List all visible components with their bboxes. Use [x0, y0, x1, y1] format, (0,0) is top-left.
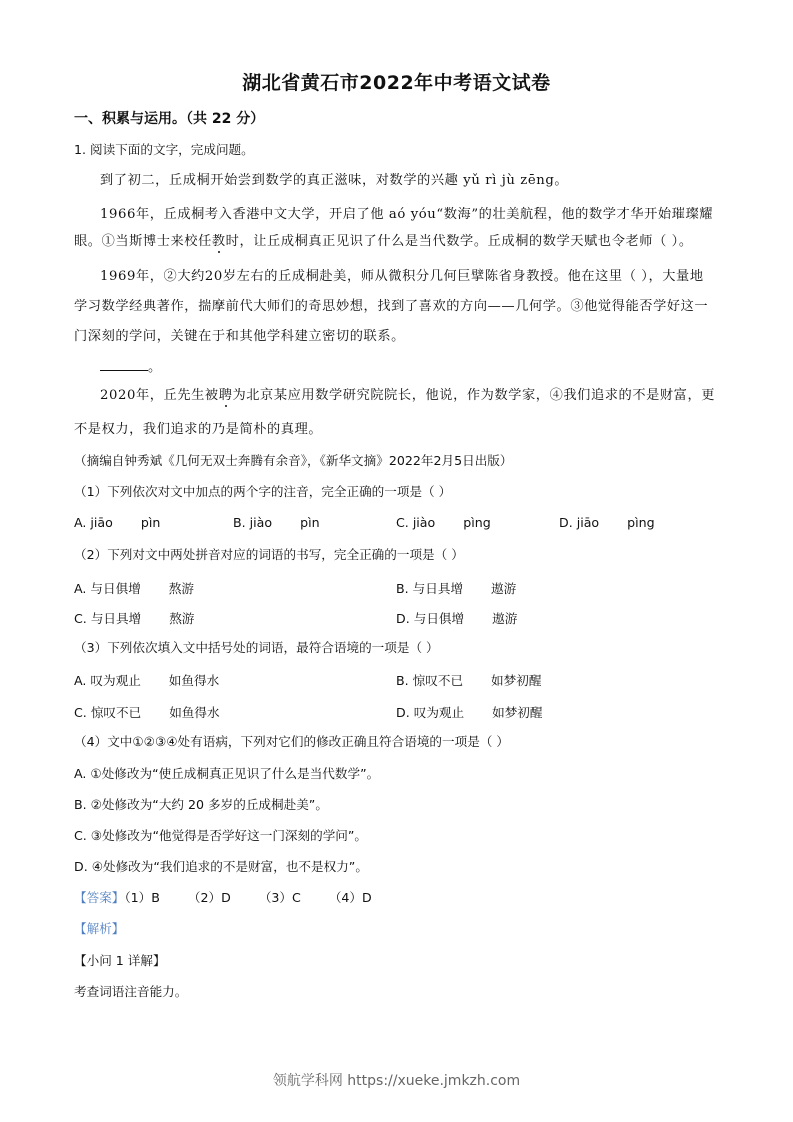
option-label: C. [74, 611, 87, 626]
option-text: jiào [250, 515, 272, 530]
option-text: 叹为观止 [414, 705, 464, 720]
option-text: jiāo [90, 515, 112, 530]
section-heading: 一、积累与运用。（共 22 分） [74, 110, 264, 128]
fill-in-blank-line: 。 [100, 359, 161, 377]
answer-label: 【答案】 [74, 890, 124, 905]
document-title: 湖北省黄石市2022年中考语文试卷 [0, 68, 793, 95]
option-label: A. [74, 515, 86, 530]
analysis-label: 【解析】 [74, 920, 124, 938]
option-text: 如鱼得水 [169, 705, 219, 720]
option-2a[interactable]: A. 与日俱增熬游 [74, 578, 194, 597]
text-segment: 为北京某应用数学研究院院长，他说，作为数学家，④我们追求的不是财富，更 [232, 388, 715, 403]
answer-item: （3）C [259, 890, 301, 905]
analysis-text: 考查词语注音能力。 [74, 983, 187, 1001]
text-segment: 眼。①当斯博士来校任 [74, 234, 212, 249]
option-text: 熬游 [169, 611, 194, 626]
question-prompt: 1. 阅读下面的文字，完成问题。 [74, 141, 254, 159]
passage-paragraph-5-line-1: 2020年，丘先生被聘为北京某应用数学研究院院长，他说，作为数学家，④我们追求的… [100, 387, 715, 405]
passage-paragraph-5-line-2: 不是权力，我们追求的乃是简朴的真理。 [74, 421, 322, 439]
option-4c[interactable]: C. ③处修改为“他觉得是否学好这一门深刻的学问”。 [74, 827, 367, 845]
option-text: 如鱼得水 [169, 673, 219, 688]
option-text: 与日俱增 [90, 581, 140, 596]
option-label: D. [396, 611, 410, 626]
footer-watermark: 领航学科网 https://xueke.jmkzh.com [0, 1070, 793, 1090]
option-3b[interactable]: B. 惊叹不已如梦初醒 [396, 670, 541, 689]
option-text: jiāo [577, 515, 599, 530]
emphasis-dot-char: 聘 [219, 388, 233, 403]
option-1b[interactable]: B. jiàopìn [233, 515, 320, 530]
option-text: 遨游 [492, 611, 517, 626]
option-1d[interactable]: D. jiāopìng [559, 515, 655, 530]
option-4d[interactable]: D. ④处修改为“我们追求的不是财富，也不是权力”。 [74, 858, 368, 876]
subquestion-4-prompt: （4）文中①②③④处有语病，下列对它们的修改正确且符合语境的一项是（ ） [74, 733, 509, 751]
option-label: B. [396, 581, 409, 596]
answer-item: （4）D [329, 890, 372, 905]
period: 。 [148, 360, 161, 375]
option-text: 如梦初醒 [492, 705, 542, 720]
option-label: B. [396, 673, 409, 688]
option-2d[interactable]: D. 与日俱增遨游 [396, 608, 517, 627]
answer-line: 【答案】（1）B（2）D（3）C（4）D [74, 889, 372, 907]
option-text: 熬游 [169, 581, 194, 596]
option-text: 如梦初醒 [491, 673, 541, 688]
subquestion-2-prompt: （2）下列对文中两处拼音对应的词语的书写，完全正确的一项是（ ） [74, 546, 464, 564]
subquestion-3-prompt: （3）下列依次填入文中括号处的词语，最符合语境的一项是（ ） [74, 639, 439, 657]
option-label: B. [233, 515, 246, 530]
option-label: D. [559, 515, 573, 530]
option-4a[interactable]: A. ①处修改为“使丘成桐真正见识了什么是当代数学”。 [74, 765, 379, 783]
option-text: jiào [413, 515, 435, 530]
text-segment: 时，让丘成桐真正见识了什么是当代数学。丘成桐的数学天赋也令老师（ ）。 [226, 234, 693, 249]
option-3d[interactable]: D. 叹为观止如梦初醒 [396, 702, 542, 721]
option-text: 与日俱增 [414, 611, 464, 626]
option-label: C. [396, 515, 409, 530]
option-label: D. [396, 705, 410, 720]
passage-paragraph-2-line-2: 眼。①当斯博士来校任教时，让丘成桐真正见识了什么是当代数学。丘成桐的数学天赋也令… [74, 233, 693, 251]
option-text: pìn [300, 515, 319, 530]
passage-paragraph-3-line-1: 1969年，②大约20岁左右的丘成桐赴美，师从微积分几何巨擘陈省身教授。他在这里… [100, 268, 704, 286]
option-text: pìng [463, 515, 490, 530]
passage-paragraph-3-line-2: 学习数学经典著作，揣摩前代大师们的奇思妙想，找到了喜欢的方向——几何学。③他觉得… [74, 298, 708, 316]
passage-source: （摘编自钟秀斌《几何无双士奔腾有余音》，《新华文摘》2022年2月5日出版） [74, 452, 512, 470]
option-2b[interactable]: B. 与日具增遨游 [396, 578, 516, 597]
blank-underline [100, 360, 148, 371]
text-segment: 2020年，丘先生被 [100, 388, 219, 403]
answer-item: （2）D [188, 890, 231, 905]
option-label: A. [74, 673, 86, 688]
option-1c[interactable]: C. jiàopìng [396, 515, 491, 530]
option-3a[interactable]: A. 叹为观止如鱼得水 [74, 670, 219, 689]
passage-paragraph-1: 到了初二，丘成桐开始尝到数学的真正滋味，对数学的兴趣 yǔ rì jù zēng… [100, 172, 568, 190]
emphasis-dot-char: 教 [212, 234, 226, 249]
analysis-subheading: 【小问 1 详解】 [74, 952, 166, 970]
option-text: 惊叹不已 [91, 705, 141, 720]
option-text: 叹为观止 [90, 673, 140, 688]
passage-paragraph-2-line-1: 1966年，丘成桐考入香港中文大学，开启了他 aó yóu“数海”的壮美航程，他… [100, 206, 713, 224]
option-text: pìng [627, 515, 654, 530]
option-label: C. [74, 705, 87, 720]
passage-paragraph-3-line-3: 门深刻的学问，关键在于和其他学科建立密切的联系。 [74, 328, 405, 346]
exam-page: 湖北省黄石市2022年中考语文试卷 一、积累与运用。（共 22 分） 1. 阅读… [0, 0, 793, 1122]
option-4b[interactable]: B. ②处修改为“大约 20 多岁的丘成桐赴美”。 [74, 796, 328, 814]
option-1a[interactable]: A. jiāopìn [74, 515, 160, 530]
option-text: 遨游 [491, 581, 516, 596]
option-2c[interactable]: C. 与日具增熬游 [74, 608, 194, 627]
option-text: 惊叹不已 [413, 673, 463, 688]
option-text: pìn [141, 515, 160, 530]
answer-item: （1）B [124, 890, 160, 905]
option-3c[interactable]: C. 惊叹不已如鱼得水 [74, 702, 220, 721]
subquestion-1-prompt: （1）下列依次对文中加点的两个字的注音，完全正确的一项是（ ） [74, 483, 451, 501]
option-label: A. [74, 581, 86, 596]
option-text: 与日具增 [413, 581, 463, 596]
option-text: 与日具增 [91, 611, 141, 626]
